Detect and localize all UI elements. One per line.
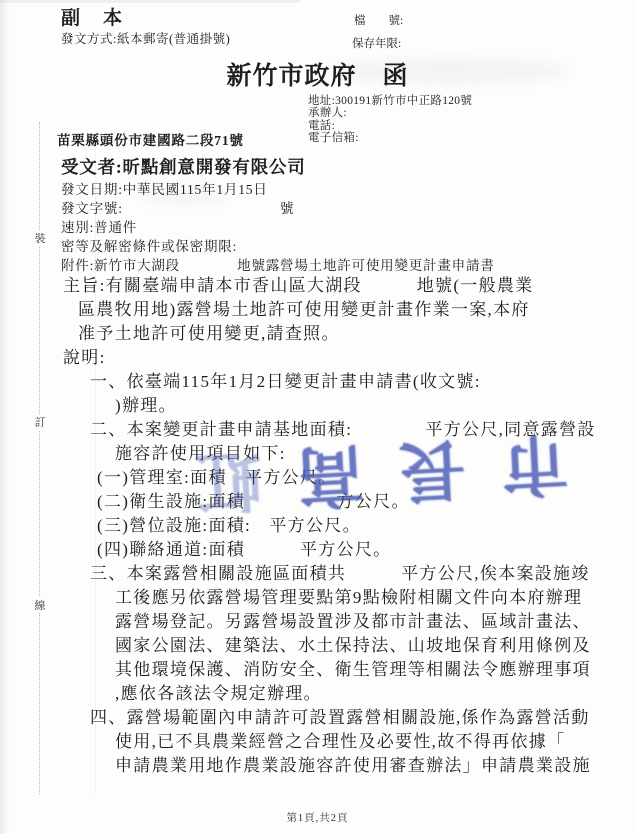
document-title: 新竹市政府 函 (0, 56, 635, 92)
body-line: 區農牧用地)露營場土地許可使用變更計畫作業一案,本府 (0, 298, 596, 322)
body-line: 露營場登記。另露營場設置涉及都市計畫法、區域計畫法、 (0, 610, 596, 634)
meta-line: 附件:新竹市大湖段 地號露營場土地許可使用變更計畫申請書 (61, 257, 495, 276)
meta-block: 發文日期:中華民國115年1月15日發文字號: 號速別:普通件密等及解密條件或保… (61, 181, 495, 276)
binding-margin-markers: 裝訂線 (30, 0, 50, 834)
body-line: 申請農業用地作農業設施容許使用審查辦法」申請農業設施 (0, 754, 596, 778)
body-line: ,應依各該法令規定辦理。 (0, 682, 596, 706)
page-number-footer: 第1頁,共2頁 (0, 810, 635, 825)
agency-contact-block: 地址:300191新竹市中正路120號承辦人:電話:電子信箱: (308, 95, 472, 145)
body-line: (四)聯絡通道:面積 平方公尺。 (0, 538, 596, 562)
body-line: 四、露營場範圍內申請許可設置露營相關設施,係作為露營活動 (0, 706, 596, 730)
meta-line: 發文字號: 號 (61, 200, 495, 219)
copy-label: 副 本 (61, 3, 124, 30)
body-line: (二)衛生設施:面積 方公尺。 (0, 490, 596, 514)
agency-contact-line: 承辦人: (308, 107, 472, 119)
agency-contact-line: 電話: (308, 120, 472, 132)
agency-contact-line: 電子信箱: (308, 132, 472, 144)
delivery-method: 發文方式:紙本郵寄(普通掛號) (61, 29, 230, 47)
body-line: 工後應另依露營場管理要點第9點檢附相關文件向本府辦理 (0, 586, 596, 610)
body-line: 使用,已不具農業經營之合理性及必要性,故不得再依據「 (0, 730, 596, 754)
body-line: 國家公園法、建築法、水土保持法、山坡地保育利用條例及 (0, 634, 596, 658)
binding-marker: 訂 (30, 414, 50, 430)
binding-marker: 裝 (30, 230, 50, 246)
body-line: (三)營位設施:面積: 平方公尺。 (0, 514, 596, 538)
body-line: 准予土地許可使用變更,請查照。 (0, 322, 596, 346)
body-line: 二、本案變更計畫申請基地面積: 平方公尺,同意露營設 (0, 418, 596, 442)
file-number-label: 檔 號: (354, 12, 403, 28)
body-line: 一、依臺端115年1月2日變更計畫申請書(收文號: (0, 370, 596, 394)
body-line: 三、本案露營相關設施區面積共 平方公尺,俟本案設施竣 (0, 562, 596, 586)
meta-line: 速別:普通件 (61, 219, 495, 238)
body-line: 主旨:有關臺端申請本市香山區大湖段 地號(一般農業 (0, 274, 596, 298)
sender-address: 苗栗縣頭份市建國路二段71號 (57, 129, 244, 149)
meta-line: 發文日期:中華民國115年1月15日 (61, 181, 495, 200)
binding-marker: 線 (30, 597, 50, 613)
body-line: 施容許使用項目如下: (0, 442, 596, 466)
body-line: 其他環境保護、消防安全、衛生管理等相關法令應辦理事項 (0, 658, 596, 682)
agency-contact-line: 地址:300191新竹市中正路120號 (308, 95, 472, 107)
retention-period-label: 保存年限: (352, 35, 401, 51)
body-line: )辦理。 (0, 394, 596, 418)
body-text: 主旨:有關臺端申請本市香山區大湖段 地號(一般農業區農牧用地)露營場土地許可使用… (0, 274, 596, 778)
body-line: 說明: (0, 346, 596, 370)
recipient-line: 受文者:昕點創意開發有限公司 (61, 154, 306, 179)
meta-line: 密等及解密條件或保密期限: (61, 238, 495, 257)
body-line: (一)管理室:面積 平方公尺。 (0, 466, 596, 490)
document-page: 副 本 檔 號: 保存年限: 發文方式:紙本郵寄(普通掛號) 新竹市政府 函 地… (0, 0, 635, 834)
